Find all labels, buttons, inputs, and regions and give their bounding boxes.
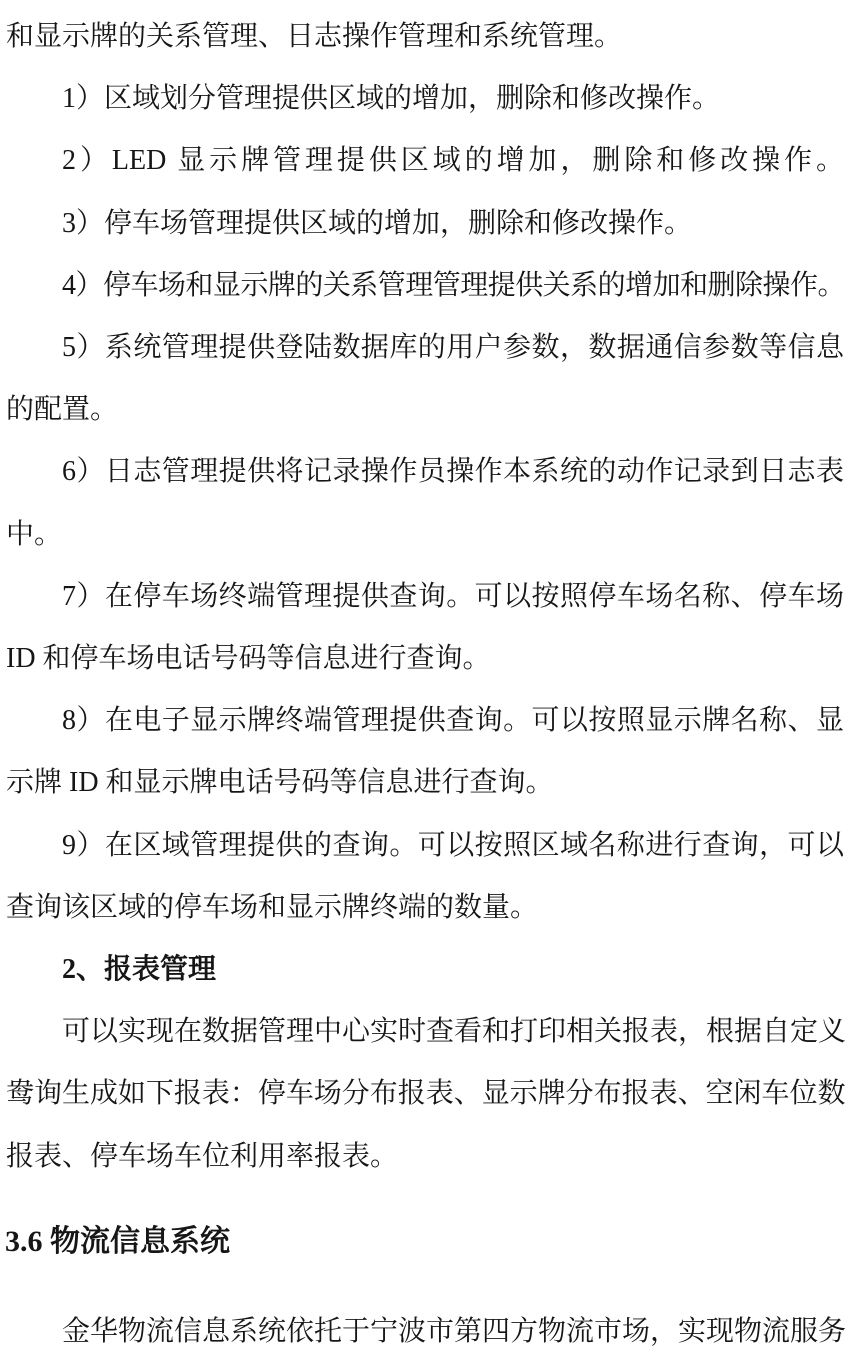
numbered-item-9-line-1: 9）在区域管理提供的查询。可以按照区域名称进行查询，可以 [62, 828, 844, 864]
document-page: 和显示牌的关系管理、日志操作管理和系统管理。 1）区域划分管理提供区域的增加，删… [0, 0, 849, 1368]
report-paragraph-line-2: 鸯询生成如下报表：停车场分布报表、显示牌分布报表、空闲车位数 [6, 1076, 844, 1112]
paragraph-continuation-line: 和显示牌的关系管理、日志操作管理和系统管理。 [6, 19, 844, 55]
report-paragraph-line-3: 报表、停车场车位利用率报表。 [6, 1139, 844, 1175]
numbered-item-4: 4）停车场和显示牌的关系管理管理提供关系的增加和删除操作。 [62, 268, 844, 304]
numbered-item-5-line-2: 的配置。 [6, 392, 844, 428]
numbered-item-6-line-2: 中。 [6, 517, 844, 553]
numbered-item-7-line-2: ID 和停车场电话号码等信息进行查询。 [6, 641, 844, 677]
numbered-item-3: 3）停车场管理提供区域的增加，删除和修改操作。 [62, 206, 844, 242]
subsection-heading-report-management: 2、报表管理 [62, 952, 844, 988]
logistics-paragraph-line-1: 金华物流信息系统依托于宁波市第四方物流市场，实现物流服务 [62, 1314, 844, 1350]
numbered-item-2: 2）LED 显示牌管理提供区域的增加，删除和修改操作。 [62, 143, 844, 179]
numbered-item-9-line-2: 查询该区域的停车场和显示牌终端的数量。 [6, 890, 844, 926]
numbered-item-8-line-1: 8）在电子显示牌终端管理提供查询。可以按照显示牌名称、显 [62, 703, 844, 739]
numbered-item-6-line-1: 6）日志管理提供将记录操作员操作本系统的动作记录到日志表 [62, 454, 844, 490]
report-paragraph-line-1: 可以实现在数据管理中心实时查看和打印相关报表，根据自定义 [62, 1014, 844, 1050]
section-heading-3-6: 3.6 物流信息系统 [5, 1224, 844, 1260]
numbered-item-7-line-1: 7）在停车场终端管理提供查询。可以按照停车场名称、停车场 [62, 579, 844, 615]
numbered-item-1: 1）区域划分管理提供区域的增加，删除和修改操作。 [62, 81, 844, 117]
numbered-item-5-line-1: 5）系统管理提供登陆数据库的用户参数，数据通信参数等信息 [62, 330, 844, 366]
numbered-item-8-line-2: 示牌 ID 和显示牌电话号码等信息进行查询。 [6, 765, 844, 801]
